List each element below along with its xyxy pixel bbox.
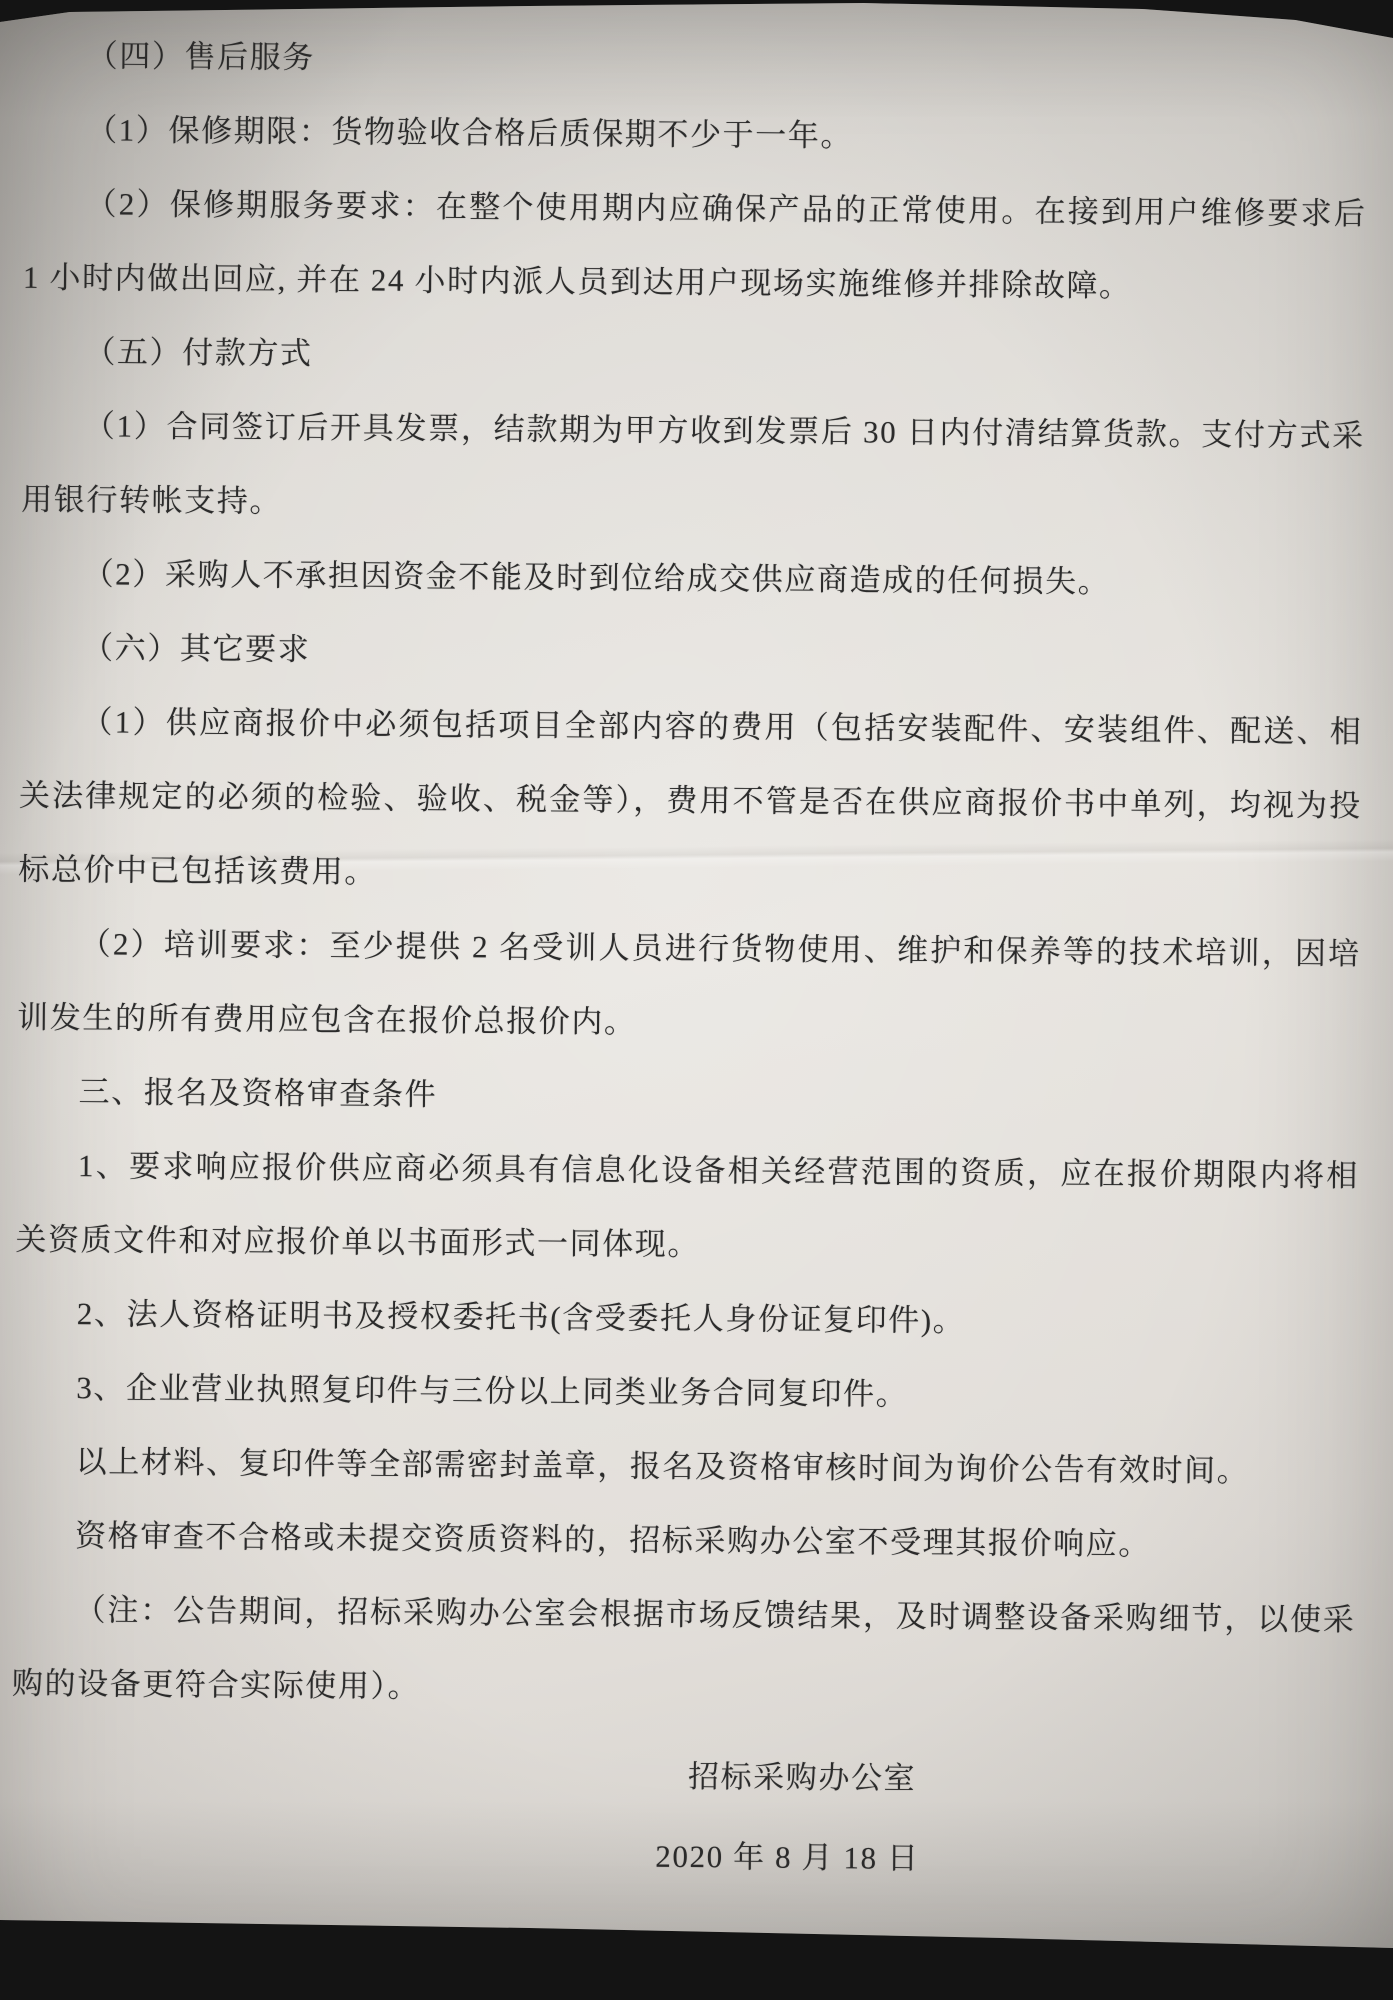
paragraph: （2）保修期服务要求：在整个使用期内应确保产品的正常使用。在接到用户维修要求后 … xyxy=(23,167,1367,326)
paragraph: （2）采购人不承担因资金不能及时到位给成交供应商造成的任何损失。 xyxy=(20,537,1364,622)
paragraph: （注：公告期间，招标采购办公室会根据市场反馈结果，及时调整设备采购细节，以使采购… xyxy=(12,1573,1356,1732)
paragraph: （五）付款方式 xyxy=(22,315,1366,400)
paragraph: （2）培训要求：至少提供 2 名受训人员进行货物使用、维护和保养等的技术培训，因… xyxy=(17,907,1361,1066)
paper-sheet: （四）售后服务（1）保修期限：货物验收合格后质保期不少于一年。（2）保修期服务要… xyxy=(0,0,1393,2000)
paragraph: 2、法人资格证明书及授权委托书(含受委托人身份证复印件)。 xyxy=(15,1277,1359,1362)
paragraph: 资格审查不合格或未提交资质资料的，招标采购办公室不受理其报价响应。 xyxy=(13,1499,1357,1584)
paragraph: （1）合同签订后开具发票，结款期为甲方收到发票后 30 日内付清结算货款。支付方… xyxy=(21,389,1365,548)
date-line: 2020 年 8 月 18 日 xyxy=(10,1815,1354,1900)
photo-background: （四）售后服务（1）保修期限：货物验收合格后质保期不少于一年。（2）保修期服务要… xyxy=(0,0,1393,2000)
paragraph: 三、报名及资格审查条件 xyxy=(16,1055,1360,1140)
paragraph: （1）供应商报价中必须包括项目全部内容的费用（包括安装配件、安装组件、配送、相关… xyxy=(18,685,1363,918)
paragraph: 以上材料、复印件等全部需密封盖章，报名及资格审核时间为询价公告有效时间。 xyxy=(13,1425,1357,1510)
paragraph: （四）售后服务 xyxy=(24,19,1368,104)
paragraph: 1、要求响应报价供应商必须具有信息化设备相关经营范围的资质，应在报价期限内将相关… xyxy=(15,1129,1359,1288)
paragraph: （六）其它要求 xyxy=(20,611,1364,696)
paragraph: 3、企业营业执照复印件与三份以上同类业务合同复印件。 xyxy=(14,1351,1358,1436)
paragraph: （1）保修期限：货物验收合格后质保期不少于一年。 xyxy=(24,93,1368,178)
signature-line: 招标采购办公室 xyxy=(11,1735,1355,1820)
document-text: （四）售后服务（1）保修期限：货物验收合格后质保期不少于一年。（2）保修期服务要… xyxy=(10,19,1368,1899)
